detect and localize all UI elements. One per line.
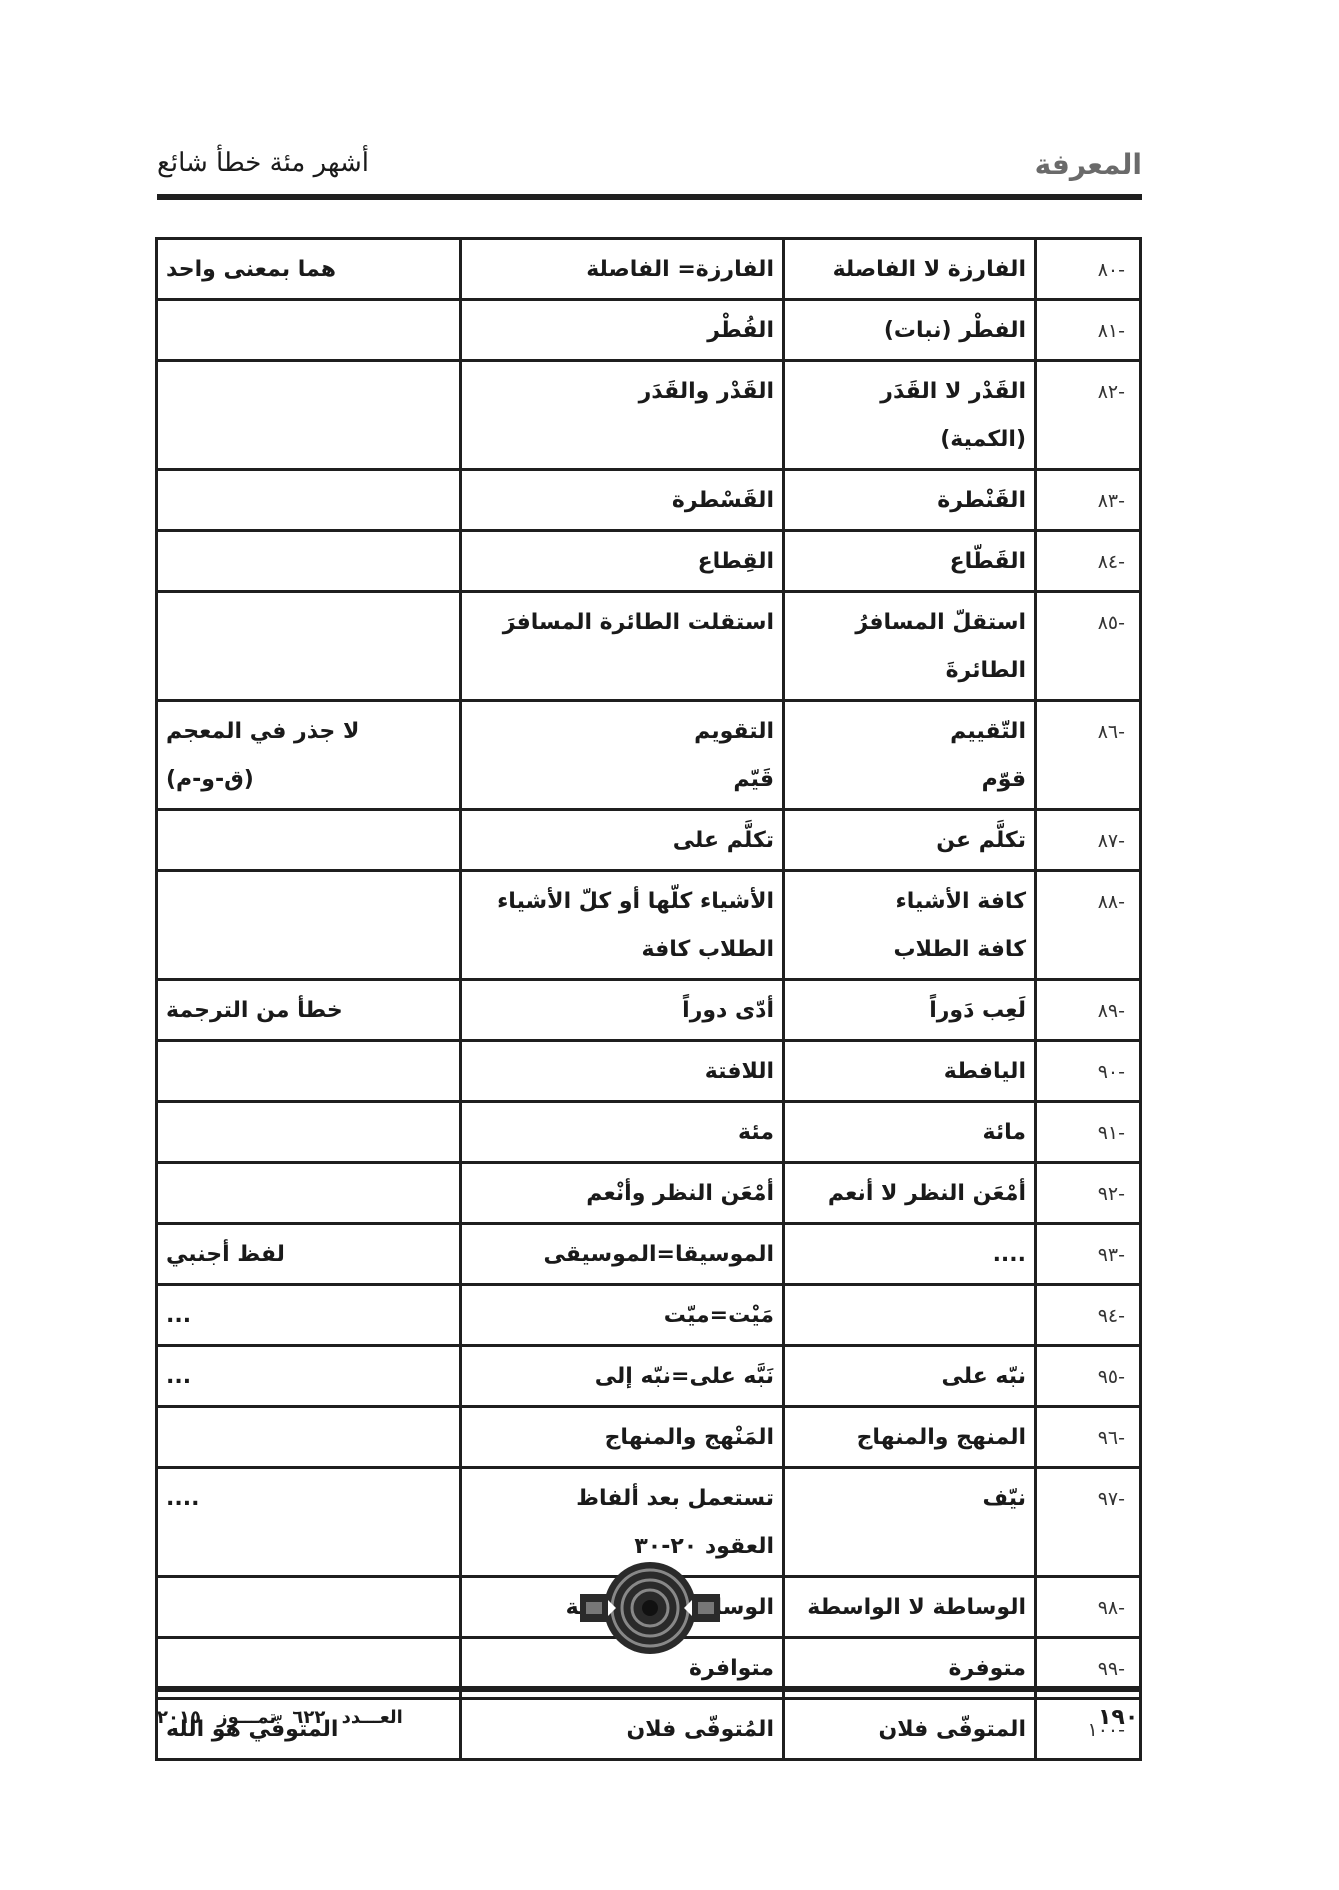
note-cell: ... <box>157 1285 461 1346</box>
table-row: -٨٧تكلَّم عنتكلَّم على <box>157 810 1141 871</box>
wrong-usage-cell: لَعِب دَوراً <box>784 980 1036 1041</box>
cell-text-line: اليافطة <box>793 1048 1026 1096</box>
note-cell <box>157 871 461 980</box>
issue-info: العـــدد ٦٢٢ تمـــوز ٢٠١٥ <box>157 1707 403 1728</box>
cell-text-line: القَنْطرة <box>793 477 1026 525</box>
cell-text-line: (ق-و-م) <box>166 756 451 804</box>
row-number: -٩٦ <box>1036 1407 1141 1468</box>
correct-usage-cell: القَدْر والقَدَر <box>461 361 784 470</box>
cell-text-line: القَطّاع <box>793 538 1026 586</box>
note-cell <box>157 1163 461 1224</box>
note-cell <box>157 592 461 701</box>
running-title: أشهر مئة خطأ شائع <box>157 148 369 178</box>
row-number: -٩٣ <box>1036 1224 1141 1285</box>
cell-text-line: كافة الأشياء <box>793 878 1026 926</box>
correct-usage-cell: التقويمقَيّم <box>461 701 784 810</box>
cell-text-line: كافة الطلاب <box>793 926 1026 974</box>
wrong-usage-cell: القَنْطرة <box>784 470 1036 531</box>
table-row: -٨٢القَدْر لا القَدَر(الكمية)القَدْر وال… <box>157 361 1141 470</box>
correct-usage-cell: الأشياء كلّها أو كلّ الأشياءالطلاب كافة <box>461 871 784 980</box>
cell-text-line: المَنْهج والمنهاج <box>470 1414 774 1462</box>
cell-text-line: تكلَّم عن <box>793 817 1026 865</box>
cell-text-line: قَيّم <box>470 756 774 804</box>
correct-usage-cell: مئة <box>461 1102 784 1163</box>
note-cell <box>157 1577 461 1638</box>
footer-rule <box>157 1686 1142 1692</box>
note-cell <box>157 810 461 871</box>
cell-text-line: الوساطة لا الواسطة <box>793 1584 1026 1632</box>
row-number: -٩٥ <box>1036 1346 1141 1407</box>
correct-usage-cell: القِطاع <box>461 531 784 592</box>
correct-usage-cell: أمْعَن النظر وأنْعم <box>461 1163 784 1224</box>
cell-text-line: الفارزة= الفاصلة <box>470 246 774 294</box>
magazine-logo: المعرفة <box>1030 146 1142 182</box>
note-cell: لا جذر في المعجم(ق-و-م) <box>157 701 461 810</box>
row-number: -٨٧ <box>1036 810 1141 871</box>
row-number: -٩٠ <box>1036 1041 1141 1102</box>
wrong-usage-cell: نبّه على <box>784 1346 1036 1407</box>
wrong-usage-cell: .... <box>784 1224 1036 1285</box>
note-cell: خطأ من الترجمة <box>157 980 461 1041</box>
cell-text-line: استقلت الطائرة المسافرَ <box>470 599 774 647</box>
correct-usage-cell: استقلت الطائرة المسافرَ <box>461 592 784 701</box>
cell-text-line: الطلاب كافة <box>470 926 774 974</box>
wrong-usage-cell: استقلّ المسافرُالطائرةَ <box>784 592 1036 701</box>
cell-text-line: أمْعَن النظر لا أنعم <box>793 1170 1026 1218</box>
row-number: -٨٦ <box>1036 701 1141 810</box>
note-cell <box>157 1102 461 1163</box>
arabesque-ornament-icon <box>580 1560 720 1656</box>
cell-text-line: القَدْر لا القَدَر <box>793 368 1026 416</box>
wrong-usage-cell: المنهج والمنهاج <box>784 1407 1036 1468</box>
row-number: -٨٤ <box>1036 531 1141 592</box>
table-row: -٨٠الفارزة لا الفاصلةالفارزة= الفاصلةهما… <box>157 239 1141 300</box>
wrong-usage-cell: الفارزة لا الفاصلة <box>784 239 1036 300</box>
errors-table-body: -٨٠الفارزة لا الفاصلةالفارزة= الفاصلةهما… <box>157 239 1141 1760</box>
cell-text-line: الفارزة لا الفاصلة <box>793 246 1026 294</box>
cell-text-line: ... <box>166 1292 451 1340</box>
row-number: -٨١ <box>1036 300 1141 361</box>
cell-text-line: تكلَّم على <box>470 817 774 865</box>
wrong-usage-cell: القَدْر لا القَدَر(الكمية) <box>784 361 1036 470</box>
cell-text-line: هما بمعنى واحد <box>166 246 451 294</box>
wrong-usage-cell: الوساطة لا الواسطة <box>784 1577 1036 1638</box>
cell-text-line: خطأ من الترجمة <box>166 987 451 1035</box>
cell-text-line: مئة <box>470 1109 774 1157</box>
note-cell <box>157 531 461 592</box>
table-row: -٨٥استقلّ المسافرُالطائرةَاستقلت الطائرة… <box>157 592 1141 701</box>
correct-usage-cell: المُتوفّى فلان <box>461 1699 784 1760</box>
cell-text-line: نيّف <box>793 1475 1026 1523</box>
table-row: -٨٤القَطّاعالقِطاع <box>157 531 1141 592</box>
note-cell <box>157 1041 461 1102</box>
cell-text-line: أدّى دوراً <box>470 987 774 1035</box>
table-row: -٨٩لَعِب دَوراًأدّى دوراًخطأ من الترجمة <box>157 980 1141 1041</box>
cell-text-line: الأشياء كلّها أو كلّ الأشياء <box>470 878 774 926</box>
document-page: أشهر مئة خطأ شائع المعرفة -٨٠الفارزة لا … <box>0 0 1339 1890</box>
wrong-usage-cell: نيّف <box>784 1468 1036 1577</box>
cell-text-line: المُتوفّى فلان <box>470 1706 774 1754</box>
table-row: -٩٥نبّه علىنَبَّه على=نبّه إلى... <box>157 1346 1141 1407</box>
table-row: -٨١الفطْر (نبات)الفُطْر <box>157 300 1141 361</box>
row-number: -٩٢ <box>1036 1163 1141 1224</box>
cell-text-line: لَعِب دَوراً <box>793 987 1026 1035</box>
cell-text-line: لا جذر في المعجم <box>166 708 451 756</box>
cell-text-line: مائة <box>793 1109 1026 1157</box>
correct-usage-cell: الموسيقا=الموسيقى <box>461 1224 784 1285</box>
cell-text-line: .... <box>793 1231 1026 1279</box>
cell-text-line: نَبَّه على=نبّه إلى <box>470 1353 774 1401</box>
cell-text-line: .... <box>166 1475 451 1523</box>
cell-text-line: اللافتة <box>470 1048 774 1096</box>
table-row: -٩٣....الموسيقا=الموسيقىلفظ أجنبي <box>157 1224 1141 1285</box>
correct-usage-cell: الفُطْر <box>461 300 784 361</box>
correct-usage-cell: المَنْهج والمنهاج <box>461 1407 784 1468</box>
correct-usage-cell: اللافتة <box>461 1041 784 1102</box>
row-number: -٨٢ <box>1036 361 1141 470</box>
row-number: -٩١ <box>1036 1102 1141 1163</box>
cell-text-line: مَيْت=ميّت <box>470 1292 774 1340</box>
table-row: -٨٨كافة الأشياءكافة الطلابالأشياء كلّها … <box>157 871 1141 980</box>
wrong-usage-cell: كافة الأشياءكافة الطلاب <box>784 871 1036 980</box>
row-number: -٨٣ <box>1036 470 1141 531</box>
cell-text-line: المنهج والمنهاج <box>793 1414 1026 1462</box>
table-row: -٨٦التّقييمقوّمالتقويمقَيّملا جذر في الم… <box>157 701 1141 810</box>
wrong-usage-cell: التّقييمقوّم <box>784 701 1036 810</box>
note-cell <box>157 1407 461 1468</box>
row-number: -٩٧ <box>1036 1468 1141 1577</box>
cell-text-line: التّقييم <box>793 708 1026 756</box>
note-cell: ... <box>157 1346 461 1407</box>
table-row: -٩٦المنهج والمنهاجالمَنْهج والمنهاج <box>157 1407 1141 1468</box>
errors-table: -٨٠الفارزة لا الفاصلةالفارزة= الفاصلةهما… <box>155 237 1142 1761</box>
wrong-usage-cell: مائة <box>784 1102 1036 1163</box>
cell-text-line: الفُطْر <box>470 307 774 355</box>
correct-usage-cell: مَيْت=ميّت <box>461 1285 784 1346</box>
row-number: -٨٠ <box>1036 239 1141 300</box>
cell-text-line: الموسيقا=الموسيقى <box>470 1231 774 1279</box>
correct-usage-cell: أدّى دوراً <box>461 980 784 1041</box>
note-cell <box>157 470 461 531</box>
page-number: ١٩٠ <box>1098 1705 1138 1730</box>
correct-usage-cell: نَبَّه على=نبّه إلى <box>461 1346 784 1407</box>
wrong-usage-cell: اليافطة <box>784 1041 1036 1102</box>
wrong-usage-cell: القَطّاع <box>784 531 1036 592</box>
wrong-usage-cell: الفطْر (نبات) <box>784 300 1036 361</box>
cell-text-line: التقويم <box>470 708 774 756</box>
table-row: -٩١مائةمئة <box>157 1102 1141 1163</box>
correct-usage-cell: تكلَّم على <box>461 810 784 871</box>
row-number: -٨٥ <box>1036 592 1141 701</box>
wrong-usage-cell <box>784 1285 1036 1346</box>
row-number: -٨٨ <box>1036 871 1141 980</box>
note-cell: هما بمعنى واحد <box>157 239 461 300</box>
note-cell <box>157 361 461 470</box>
row-number: -٩٤ <box>1036 1285 1141 1346</box>
note-cell: لفظ أجنبي <box>157 1224 461 1285</box>
cell-text-line: لفظ أجنبي <box>166 1231 451 1279</box>
table-row: -٩٢أمْعَن النظر لا أنعمأمْعَن النظر وأنْ… <box>157 1163 1141 1224</box>
header-rule <box>157 194 1142 200</box>
cell-text-line: تستعمل بعد ألفاظ <box>470 1475 774 1523</box>
note-cell: .... <box>157 1468 461 1577</box>
logo-text: المعرفة <box>1035 148 1142 181</box>
row-number: -٨٩ <box>1036 980 1141 1041</box>
wrong-usage-cell: المتوفّى فلان <box>784 1699 1036 1760</box>
wrong-usage-cell: أمْعَن النظر لا أنعم <box>784 1163 1036 1224</box>
cell-text-line: أمْعَن النظر وأنْعم <box>470 1170 774 1218</box>
correct-usage-cell: الفارزة= الفاصلة <box>461 239 784 300</box>
cell-text-line: القَدْر والقَدَر <box>470 368 774 416</box>
cell-text-line: ... <box>166 1353 451 1401</box>
table-row: -٩٤مَيْت=ميّت... <box>157 1285 1141 1346</box>
wrong-usage-cell: تكلَّم عن <box>784 810 1036 871</box>
cell-text-line: (الكمية) <box>793 416 1026 464</box>
cell-text-line: الفطْر (نبات) <box>793 307 1026 355</box>
cell-text-line: القِطاع <box>470 538 774 586</box>
table-row: -٨٣القَنْطرةالقَسْطرة <box>157 470 1141 531</box>
cell-text-line: استقلّ المسافرُ <box>793 599 1026 647</box>
table-row: -٩٠اليافطةاللافتة <box>157 1041 1141 1102</box>
cell-text-line: القَسْطرة <box>470 477 774 525</box>
correct-usage-cell: القَسْطرة <box>461 470 784 531</box>
cell-text-line: نبّه على <box>793 1353 1026 1401</box>
cell-text-line: المتوفّى فلان <box>793 1706 1026 1754</box>
row-number: -٩٨ <box>1036 1577 1141 1638</box>
cell-text-line: الطائرةَ <box>793 647 1026 695</box>
cell-text-line: قوّم <box>793 756 1026 804</box>
note-cell <box>157 300 461 361</box>
